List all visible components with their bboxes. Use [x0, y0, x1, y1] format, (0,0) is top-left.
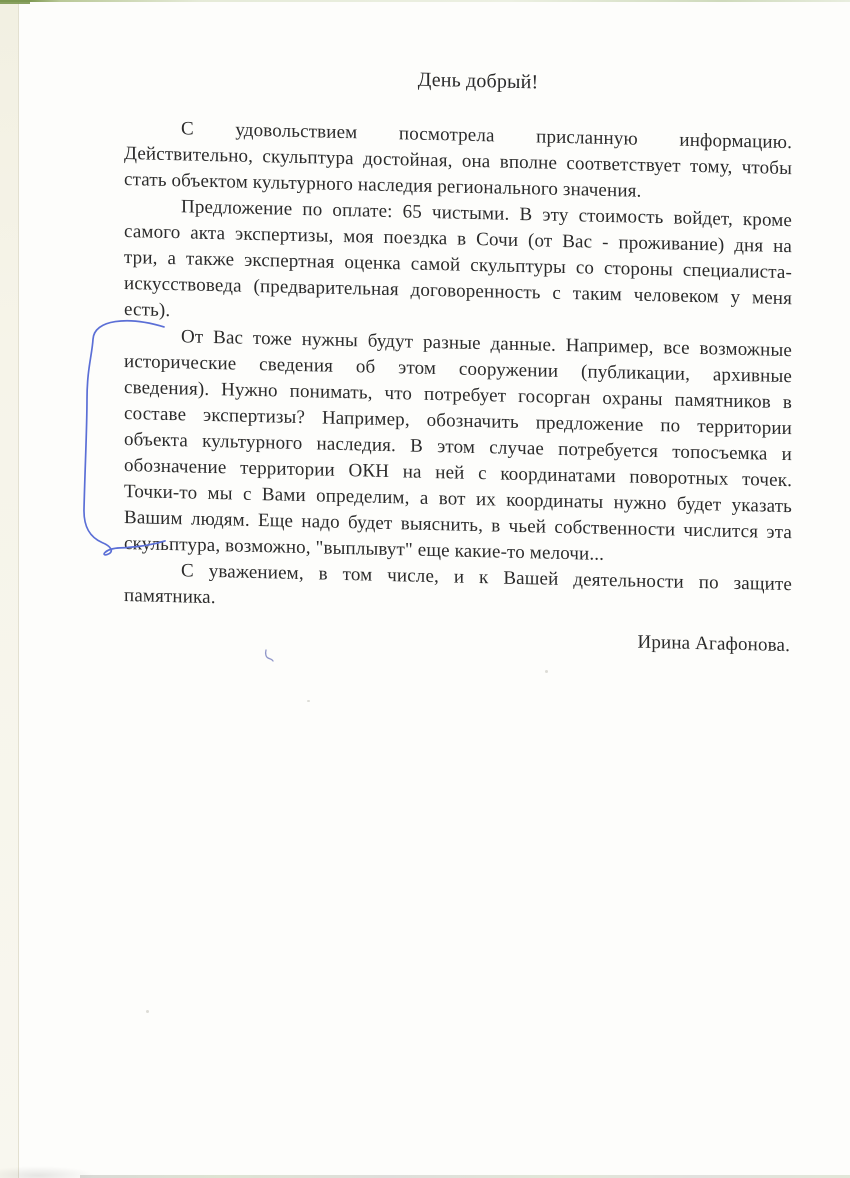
paragraph-intro: С удовольствием посмотрела присланную ин…: [124, 115, 792, 208]
scan-speck: [307, 700, 310, 702]
page-left-edge: [0, 0, 19, 1178]
paragraph-payment: Предложение по оплате: 65 чистыми. В эту…: [124, 193, 792, 338]
margin-bracket-annotation: [78, 317, 170, 559]
letter-body: День добрый! С удовольствием посмотрела …: [124, 60, 792, 659]
signature: Ирина Агафонова.: [124, 618, 792, 659]
scanned-letter-page: День добрый! С удовольствием посмотрела …: [0, 0, 850, 1178]
stray-pen-mark: [262, 648, 276, 664]
scanner-top-edge: [0, 0, 850, 2]
scan-smudge: [0, 1166, 95, 1178]
scan-speck: [545, 670, 548, 673]
scanner-top-left-green-edge: [0, 0, 30, 4]
scan-speck: [146, 1010, 149, 1013]
letter-greeting: День добрый!: [124, 60, 792, 101]
paragraph-requirements: От Вас тоже нужны будут разные данные. Н…: [124, 323, 792, 572]
